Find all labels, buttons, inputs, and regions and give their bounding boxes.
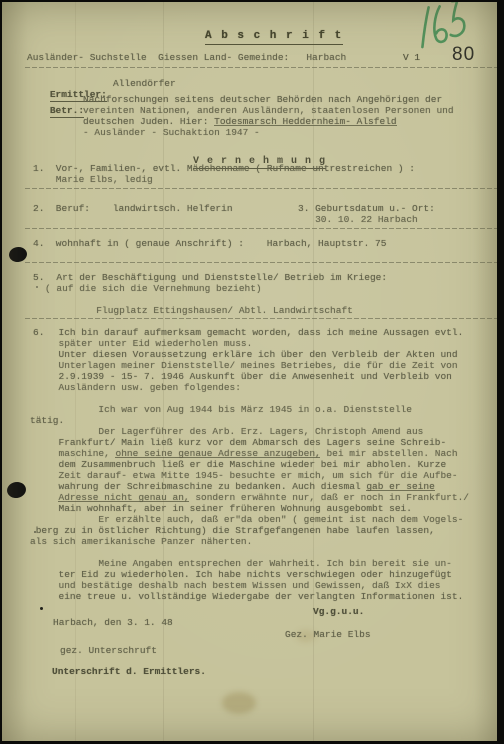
item-1: 1. Vor-, Familien-, evtl. Mädchenname ( … — [33, 163, 415, 185]
underline-mark — [115, 457, 320, 458]
text-line: vereinten Nationen, anderen Ausländern, … — [83, 105, 454, 116]
text-line: 1. Vor-, Familien-, evtl. Mädchenname ( … — [33, 163, 415, 174]
text-line: 2.9.1939 - 15- 7. 1946 Auskunft über die… — [30, 371, 469, 382]
text-line: 30. 10. 22 Harbach — [298, 214, 435, 225]
office-line: Ausländer- Suchstelle Giessen Land- Geme… — [27, 52, 346, 63]
underline-mark — [214, 125, 397, 126]
text-line: Ich war von Aug 1944 bis März 1945 in o.… — [30, 404, 469, 415]
text-line: Der Lagerführer des Arb. Erz. Lagers, Ch… — [30, 426, 469, 437]
text-line: - Ausländer - Suchaktion 1947 - — [83, 127, 454, 138]
ink-speck — [40, 607, 43, 610]
rule-divider — [25, 318, 497, 319]
place-date: Harbach, den 3. 1. 48 — [53, 617, 173, 628]
betreff-lines: Nachforschungen seitens deutscher Behörd… — [83, 94, 454, 138]
text-line — [30, 547, 469, 558]
item-5: Art der Beschäftigung und Dienststelle/ … — [45, 272, 387, 316]
scan-edge-left — [0, 0, 2, 744]
underline-mark — [366, 490, 435, 491]
text-line: Meine Angaben entsprechen der Wahrheit. … — [30, 558, 469, 569]
ink-speck — [36, 286, 38, 288]
text-line: Ich bin darauf aufmerksam gemacht worden… — [30, 327, 469, 338]
text-line — [45, 294, 387, 305]
gez-unterschrift: gez. Unterschruft — [60, 645, 157, 656]
text-line: als sich amerikanische Panzer näherten. — [30, 536, 469, 547]
text-line: Unterlagen meiner Dienststelle/ meines B… — [30, 360, 469, 371]
text-line — [30, 393, 469, 404]
item-4: 4. wohnhaft in ( genaue Anschrift) : Har… — [33, 238, 386, 249]
text-line: ter Eid zu wiederholen. Ich habe nichts … — [30, 569, 469, 580]
item-2: 2. Beruf: landwirtsch. Helferin — [33, 203, 233, 214]
text-line: Frankfurt/ Main ließ kurz vor dem Abmars… — [30, 437, 469, 448]
hole-punch — [8, 246, 28, 263]
item-6-body: Ich bin darauf aufmerksam gemacht worden… — [30, 327, 469, 602]
scan-edge-top — [0, 0, 504, 2]
text-line: tätig. — [30, 415, 469, 426]
rule-divider — [25, 67, 497, 68]
page-title: A b s c h r i f t — [205, 30, 343, 45]
underline-mark — [58, 501, 189, 502]
text-line: und bestätige deshalb nach bestem Wissen… — [30, 580, 469, 591]
text-line: berg zu in östlicher Richtung) die Straf… — [30, 525, 469, 536]
text-line: Flugplatz Ettingshausen/ Abtl. Landwirts… — [45, 305, 387, 316]
text-line: ( auf die sich die Vernehmung bezieht) — [45, 283, 387, 294]
text-line: Main wohnhaft, aber in seiner früheren W… — [30, 503, 469, 514]
ermittler-signature: Unterschrift d. Ermittlers. — [52, 666, 206, 677]
text-line: Er erzählte auch, daß er"da oben" ( geme… — [30, 514, 469, 525]
text-line: Art der Beschäftigung und Dienststelle/ … — [45, 272, 387, 283]
rule-divider — [25, 262, 497, 263]
text-line: später unter Eid wiederholen muss. — [30, 338, 469, 349]
text-line: Unter diesen Voraussetzung erkläre ich ü… — [30, 349, 469, 360]
signed-name: Gez. Marie Elbs — [285, 629, 371, 640]
paper-stain — [222, 692, 256, 714]
text-line: Zeit darauf- etwa Mitte 1945- besuchte e… — [30, 470, 469, 481]
closing-vgu: Vg.g.u.u. — [313, 606, 364, 617]
text-line: 3. Geburtsdatum u.- Ort: — [298, 203, 435, 214]
item-5-number: 5. — [33, 272, 44, 283]
text-line: Nachforschungen seitens deutscher Behörd… — [83, 94, 454, 105]
file-code: V 1 — [403, 52, 420, 63]
document-page: A b s c h r i f t Ausländer- Suchstelle … — [0, 0, 504, 744]
text-line: Marie Elbs, ledig — [33, 174, 415, 185]
rule-divider — [25, 228, 497, 229]
text-line: dem Zusammenbruch ließ er die Maschine w… — [30, 459, 469, 470]
hole-punch — [6, 480, 27, 499]
rule-divider — [25, 188, 497, 189]
stamp-number: 80 — [452, 44, 475, 66]
ermittler-name: Allendörfer — [113, 78, 176, 89]
text-line: eine treue u. vollständige Wiedergabe de… — [30, 591, 469, 602]
text-line: Ausländern usw. geben folgendes: — [30, 382, 469, 393]
scan-edge-right — [497, 0, 504, 744]
betreff-label: Betr.: — [50, 105, 84, 118]
item-3: 3. Geburtsdatum u.- Ort: 30. 10. 22 Harb… — [298, 203, 435, 225]
